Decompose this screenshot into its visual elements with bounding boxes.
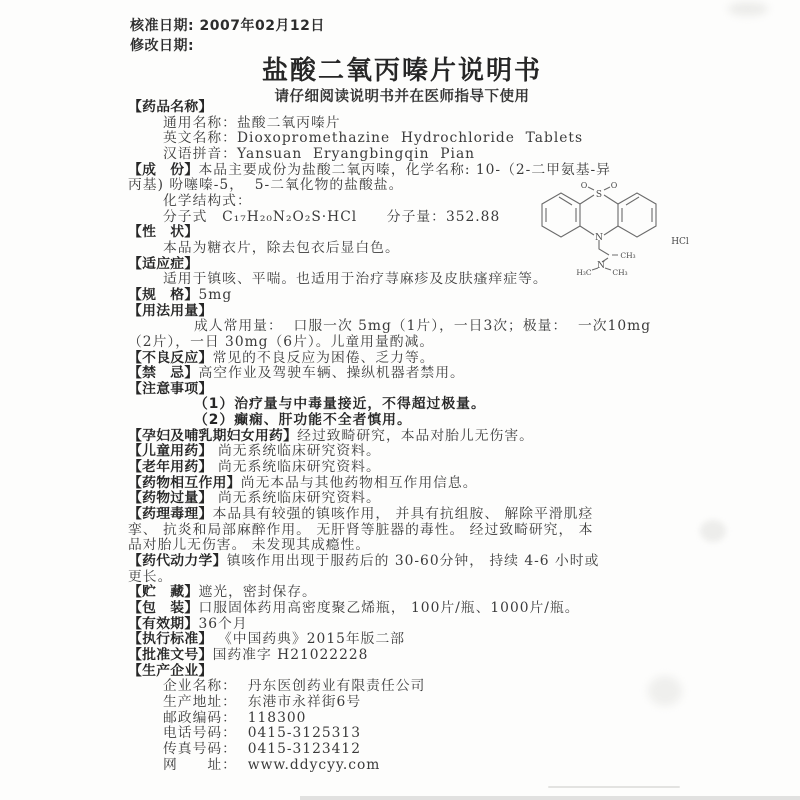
approval-date-label: 核准日期: bbox=[130, 18, 194, 34]
doc-line: 【包 装】口服固体药用高密度聚乙烯瓶， 100片/瓶、1000片/瓶。 bbox=[128, 601, 688, 617]
o-right-label: O bbox=[611, 181, 618, 190]
scan-artifact-smudge bbox=[728, 2, 768, 16]
line-text: 通用名称：盐酸二氧丙嗪片 bbox=[163, 115, 341, 131]
line-text: 电话号码： 0415-3125313 bbox=[163, 725, 361, 741]
section-label: 【执行标准】 bbox=[128, 631, 213, 647]
line-text: 适用于镇咳、平喘。也适用于治疗荨麻疹及皮肤瘙痒症等。 bbox=[163, 271, 548, 287]
line-text: （2）癫痫、肝功能不全者慎用。 bbox=[194, 412, 412, 428]
line-text: （1）治疗量与中毒量接近，不得超过极量。 bbox=[194, 396, 486, 412]
doc-line: 成人常用量： 口服一次 5mg（1片），一日3次；极量： 一次10mg bbox=[128, 319, 688, 335]
scan-artifact-streak bbox=[548, 786, 680, 788]
doc-line: （2片），一日 30mg（6片）。儿童用量酌减。 bbox=[128, 335, 688, 351]
doc-line: 品对胎儿无伤害。 未发现其成瘾性。 bbox=[128, 538, 688, 554]
molecule-svg: S O O N CH₃ N H₃C CH₃ HCl bbox=[502, 180, 707, 275]
line-text: 高空作业及驾驶车辆、操纵机器者禁用。 bbox=[198, 365, 464, 381]
doc-line: （1）治疗量与中毒量接近，不得超过极量。 bbox=[128, 397, 688, 413]
line-text: 网 址： www.ddycyy.com bbox=[163, 757, 380, 773]
doc-line: 生产地址： 东港市永祥街6号 bbox=[128, 695, 688, 711]
n-ring-label: N bbox=[595, 233, 603, 243]
section-label: 【生产企业】 bbox=[128, 663, 213, 679]
doc-line: 通用名称：盐酸二氧丙嗪片 bbox=[128, 116, 688, 132]
section-label: 【不良反应】 bbox=[128, 350, 213, 366]
doc-line: 【规 格】5mg bbox=[128, 288, 688, 304]
doc-line: 企业名称： 丹东医创药业有限责任公司 bbox=[128, 679, 688, 695]
ch3-branch-label: CH₃ bbox=[620, 251, 635, 260]
line-text: 化学结构式： bbox=[163, 193, 252, 209]
doc-line: 【批准文号】国药准字 H21022228 bbox=[128, 648, 688, 664]
line-text: 传真号码： 0415-3123412 bbox=[163, 741, 361, 757]
doc-line: 【老年用药】 尚无系统临床研究资料。 bbox=[128, 460, 688, 476]
section-label: 【儿童用药】 bbox=[128, 443, 213, 459]
doc-line: 【禁 忌】高空作业及驾驶车辆、操纵机器者禁用。 bbox=[128, 366, 688, 382]
section-label: 【药品名称】 bbox=[128, 99, 213, 115]
section-label: 【药代动力学】 bbox=[128, 553, 227, 569]
section-label: 【包 装】 bbox=[128, 600, 198, 616]
section-label: 【规 格】 bbox=[128, 287, 198, 303]
approval-date-value: 2007年02月12日 bbox=[199, 18, 324, 34]
line-text: 国药准字 H21022228 bbox=[213, 647, 369, 663]
doc-line: 【贮 藏】遮光，密封保存。 bbox=[128, 585, 688, 601]
line-text: 口服固体药用高密度聚乙烯瓶， 100片/瓶、1000片/瓶。 bbox=[198, 600, 579, 616]
section-label: 【注意事项】 bbox=[128, 381, 213, 397]
section-label: 【用法用量】 bbox=[128, 303, 213, 319]
doc-line: 汉语拼音：Yansuan Eryangbingqin Pian bbox=[128, 147, 688, 163]
line-text: 品对胎儿无伤害。 未发现其成瘾性。 bbox=[128, 537, 370, 553]
scan-artifact-bottom-band bbox=[300, 796, 800, 800]
line-text: 常见的不良反应为困倦、乏力等。 bbox=[213, 350, 435, 366]
line-text: 经过致畸研究，本品对胎儿无伤害。 bbox=[297, 428, 534, 444]
line-text: 邮政编码： 118300 bbox=[163, 710, 306, 726]
doc-line: 【成 份】本品主要成份为盐酸二氧丙嗪，化学名称: 10-（2-二甲氨基-异 bbox=[128, 163, 688, 179]
section-label: 【适应症】 bbox=[128, 256, 198, 272]
doc-line: 更长。 bbox=[128, 570, 688, 586]
line-text: 尚无系统临床研究资料。 bbox=[213, 443, 381, 459]
hcl-label: HCl bbox=[671, 237, 689, 247]
section-label: 【禁 忌】 bbox=[128, 365, 198, 381]
section-label: 【性 状】 bbox=[128, 224, 198, 240]
s-atom-label: S bbox=[596, 190, 602, 200]
line-text: 遮光，密封保存。 bbox=[198, 584, 316, 600]
section-label: 【有效期】 bbox=[128, 616, 198, 632]
section-label: 【药物相互作用】 bbox=[128, 475, 241, 491]
line-text: 成人常用量： 口服一次 5mg（1片），一日3次；极量： 一次10mg bbox=[194, 318, 651, 334]
page-title: 盐酸二氧丙嗪片说明书 bbox=[130, 50, 674, 87]
section-label: 【老年用药】 bbox=[128, 459, 213, 475]
section-label: 【批准文号】 bbox=[128, 647, 213, 663]
line-text: 尚无系统临床研究资料。 bbox=[213, 490, 381, 506]
line-text: 36个月 bbox=[198, 616, 247, 632]
n-amine-label: N bbox=[597, 261, 605, 271]
approval-date-row: 核准日期: 2007年02月12日 bbox=[130, 16, 325, 36]
line-text: 生产地址： 东港市永祥街6号 bbox=[163, 694, 361, 710]
doc-line: 【执行标准】 《中国药典》2015年版二部 bbox=[128, 632, 688, 648]
ch3-end-label: CH₃ bbox=[612, 268, 627, 275]
section-label: 【药理毒理】 bbox=[128, 506, 213, 522]
doc-line: 邮政编码： 118300 bbox=[128, 711, 688, 727]
doc-line: 【药代动力学】镇咳作用出现于服药后的 30-60分钟， 持续 4-6 小时或 bbox=[128, 554, 688, 570]
line-text: 汉语拼音：Yansuan Eryangbingqin Pian bbox=[163, 146, 475, 162]
doc-line: 【药物过量】 尚无系统临床研究资料。 bbox=[128, 491, 688, 507]
section-label: 【孕妇及哺乳期妇女用药】 bbox=[128, 428, 297, 444]
doc-line: 【药理毒理】本品具有较强的镇咳作用， 并具有抗组胺、 解除平滑肌痉 bbox=[128, 507, 688, 523]
line-text: 镇咳作用出现于服药后的 30-60分钟， 持续 4-6 小时或 bbox=[227, 553, 600, 569]
line-text: （2片），一日 30mg（6片）。儿童用量酌减。 bbox=[128, 334, 434, 350]
line-text: 本品具有较强的镇咳作用， 并具有抗组胺、 解除平滑肌痉 bbox=[213, 506, 594, 522]
line-text: 5mg bbox=[198, 287, 232, 303]
drug-instruction-sheet: 核准日期: 2007年02月12日 修改日期: 盐酸二氧丙嗪片说明书 请仔细阅读… bbox=[0, 0, 800, 800]
line-text: 《中国药典》2015年版二部 bbox=[213, 631, 405, 647]
line-text: 本品主要成份为盐酸二氧丙嗪，化学名称: 10-（2-二甲氨基-异 bbox=[198, 162, 610, 178]
doc-line: 【用法用量】 bbox=[128, 304, 688, 320]
doc-line: 【生产企业】 bbox=[128, 664, 688, 680]
line-text: 英文名称：Dioxopromethazine Hydrochloride Tab… bbox=[163, 130, 583, 146]
doc-line: 【有效期】36个月 bbox=[128, 617, 688, 633]
doc-line: 传真号码： 0415-3123412 bbox=[128, 742, 688, 758]
line-text: 丙基) 吩噻嗪-5， 5-二氧化物的盐酸盐。 bbox=[128, 177, 403, 193]
doc-line: 【儿童用药】 尚无系统临床研究资料。 bbox=[128, 444, 688, 460]
doc-line: 【药品名称】 bbox=[128, 100, 688, 116]
doc-line: 电话号码： 0415-3125313 bbox=[128, 726, 688, 742]
line-text: 尚无系统临床研究资料。 bbox=[213, 459, 381, 475]
line-text: 挛、 抗炎和局部麻醉作用。 无肝肾等脏器的毒性。 经过致畸研究， 本 bbox=[128, 522, 593, 538]
doc-line: （2）癫痫、肝功能不全者慎用。 bbox=[128, 413, 688, 429]
line-text: 本品为糖衣片，除去包衣后显白色。 bbox=[163, 240, 400, 256]
section-label: 【药物过量】 bbox=[128, 490, 213, 506]
scan-artifact-smudge bbox=[700, 520, 726, 542]
line-text: 企业名称： 丹东医创药业有限责任公司 bbox=[163, 678, 425, 694]
doc-line: 网 址： www.ddycyy.com bbox=[128, 758, 688, 774]
line-text: 更长。 bbox=[128, 569, 172, 585]
o-left-label: O bbox=[581, 181, 588, 190]
section-label: 【成 份】 bbox=[128, 162, 198, 178]
doc-line: 【不良反应】常见的不良反应为困倦、乏力等。 bbox=[128, 351, 688, 367]
line-text: 尚无本品与其他药物相互作用信息。 bbox=[241, 475, 478, 491]
chemical-structure-diagram: S O O N CH₃ N H₃C CH₃ HCl bbox=[502, 180, 707, 275]
scan-artifact-smudge bbox=[648, 676, 682, 706]
line-text: 分子式 C₁₇H₂₀N₂O₂S·HCl 分子量：352.88 bbox=[163, 209, 500, 225]
doc-line: 英文名称：Dioxopromethazine Hydrochloride Tab… bbox=[128, 131, 688, 147]
section-label: 【贮 藏】 bbox=[128, 584, 198, 600]
h3c-label: H₃C bbox=[576, 268, 592, 275]
